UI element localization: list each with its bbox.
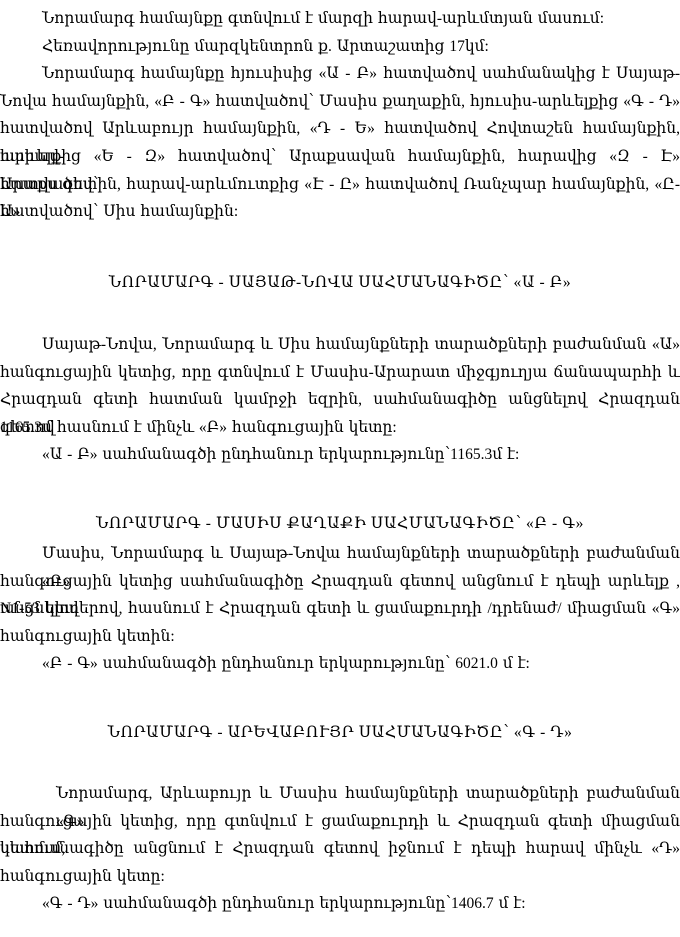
- section-heading-g-d: ՆՈՐԱՄԱՐԳ - ԱՐԵՎԱԲՈՒՅՐ ՍԱՀՄԱՆԱԳԻԾԸ՝ «Գ - …: [0, 722, 680, 744]
- section-line: հանգուցային կետին:: [0, 623, 680, 651]
- document-page: Նորամարգ համայնքը գտնվում է մարզի հարավ-…: [0, 0, 680, 937]
- section-line: Մասիս, Նորամարգ և Սայաթ-Նովա համայնքների…: [0, 540, 680, 568]
- section-body-g-d: Նորամարգ, Արևաբույր և Մասիս համայնքների …: [0, 780, 680, 918]
- intro-boundary-line: Նորամարգ համայնքը հյուսիսից «Ա - Բ» հատվ…: [0, 60, 680, 88]
- section-line: հանգուցային կետից սահմանագիծը Հրազդան գե…: [0, 568, 680, 596]
- section-line: սահմանագիծը անցնում է Հրազդան գետով իջնո…: [0, 835, 680, 863]
- section-line: հանգուցային կետը:: [0, 863, 680, 891]
- intro-boundary-line: արևելքից «Ե - Զ» հատվածով՝ Արաքսավան համ…: [0, 143, 680, 171]
- section-line: հանգուցային կետից, որը գտնվում է Մասիս-Ա…: [0, 359, 680, 387]
- section-heading-a-b: ՆՈՐԱՄԱՐԳ - ՍԱՅԱԹ-ՆՈՎԱ ՍԱՀՄԱՆԱԳԻԾԸ՝ «Ա - …: [0, 272, 680, 294]
- intro-distance-line: Հեռավորությունը մարզկենտրոն ք. Արտաշատից…: [0, 33, 680, 61]
- section-line: Սայաթ-Նովա, Նորամարգ և Սիս համայնքների տ…: [0, 331, 680, 359]
- section-line: 1165.3մ հասնում է մինչև «Բ» հանգուցային …: [0, 414, 680, 442]
- intro-boundary-line: հատվածով՝ Սիս համայնքին:: [0, 198, 680, 226]
- intro-boundary-line: Նովա համայնքին, «Բ - Գ» հատվածով՝ Մասիս …: [0, 88, 680, 116]
- section-line: Նորամարգ, Արևաբույր և Մասիս համայնքների …: [0, 780, 680, 808]
- section-heading-b-g: ՆՈՐԱՄԱՐԳ - ՄԱՍԻՍ ՔԱՂԱՔԻ ՍԱՀՄԱՆԱԳԻԾԸ՝ «Բ …: [0, 513, 680, 535]
- intro-location-line: Նորամարգ համայնքը գտնվում է մարզի հարավ-…: [0, 5, 680, 33]
- section-total-length: «Բ - Գ» սահմանագծի ընդհանուր երկարությու…: [0, 650, 680, 678]
- section-line: հանգուցային կետից, որը գտնվում է ցամաքու…: [0, 808, 680, 836]
- section-body-a-b: Սայաթ-Նովա, Նորամարգ և Սիս համայնքների տ…: [0, 331, 680, 469]
- intro-block: Նորամարգ համայնքը գտնվում է մարզի հարավ-…: [0, 5, 680, 226]
- section-line: N1-53 կետերով, հասնում է Հրազդան գետի և …: [0, 595, 680, 623]
- section-total-length: «Գ - Դ» սահմանագծի ընդհանուր երկարությու…: [0, 890, 680, 918]
- intro-boundary-line: Արաքս գետին, հարավ-արևմուտքից «Է - Ը» հա…: [0, 171, 680, 199]
- section-total-length: «Ա - Բ» սահմանագծի ընդհանուր երկարությու…: [0, 441, 680, 469]
- intro-boundary-line: հատվածով Արևաբույր համայնքին, «Դ - Ե» հա…: [0, 115, 680, 143]
- section-line: Հրազդան գետի հատման կամրջի եզրին, սահման…: [0, 386, 680, 414]
- section-body-b-g: Մասիս, Նորամարգ և Սայաթ-Նովա համայնքների…: [0, 540, 680, 678]
